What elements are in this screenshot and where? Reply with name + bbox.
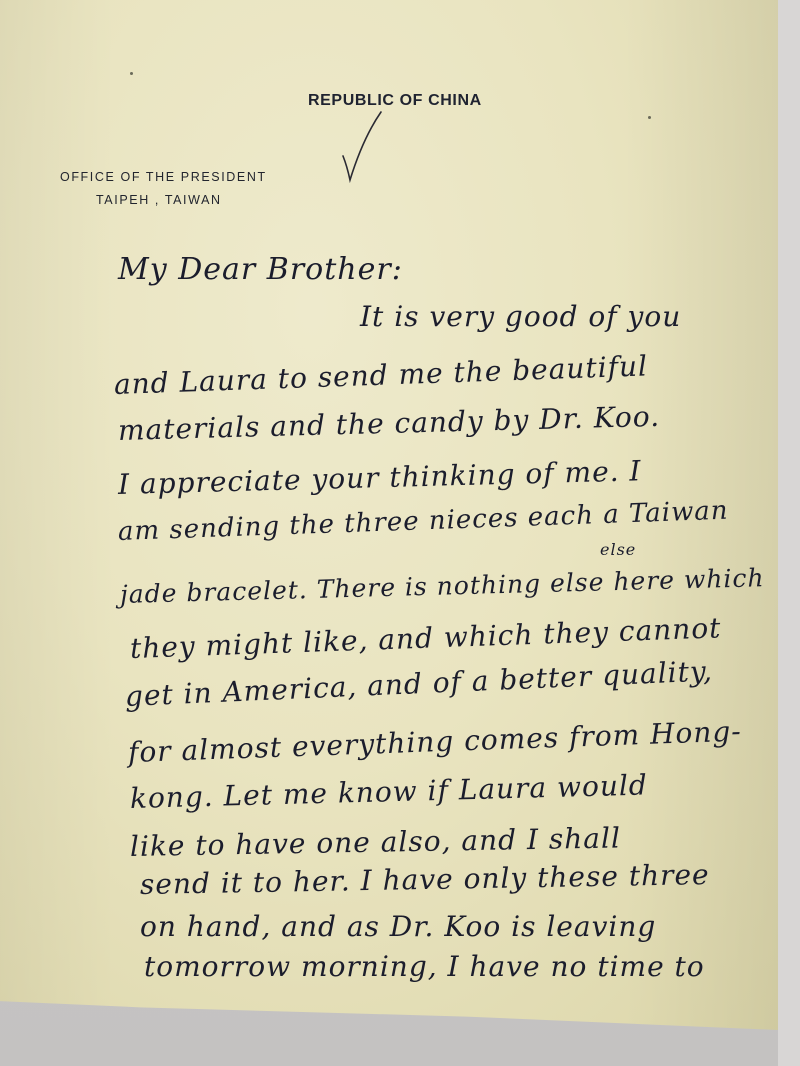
letter-line: kong. Let me know if Laura would (130, 768, 649, 815)
letter-line: jade bracelet. There is nothing else her… (120, 563, 765, 609)
letter-line: materials and the candy by Dr. Koo. (118, 400, 661, 447)
letter-line: tomorrow morning, I have no time to (144, 950, 705, 983)
document-stage: REPUBLIC OF CHINA OFFICE OF THE PRESIDEN… (0, 0, 800, 1066)
letter-line: am sending the three nieces each a Taiwa… (117, 496, 729, 547)
letter-line: get in America, and of a better quality, (124, 654, 713, 713)
letter-line: like to have one also, and I shall (130, 821, 621, 863)
letter-line: and Laura to send me the beautiful (113, 349, 648, 401)
letter-line: send it to her. I have only these three (140, 858, 710, 901)
letter-line: for almost everything comes from Hong- (127, 715, 742, 769)
salutation: My Dear Brother: (118, 252, 403, 287)
insertion-word: else (600, 540, 636, 559)
letter-line: on hand, and as Dr. Koo is leaving (140, 910, 656, 943)
handwritten-letter-body: My Dear Brother: It is very good of you … (0, 0, 800, 1066)
letter-line: It is very good of you (360, 300, 681, 333)
letter-line: I appreciate your thinking of me. I (118, 454, 642, 501)
